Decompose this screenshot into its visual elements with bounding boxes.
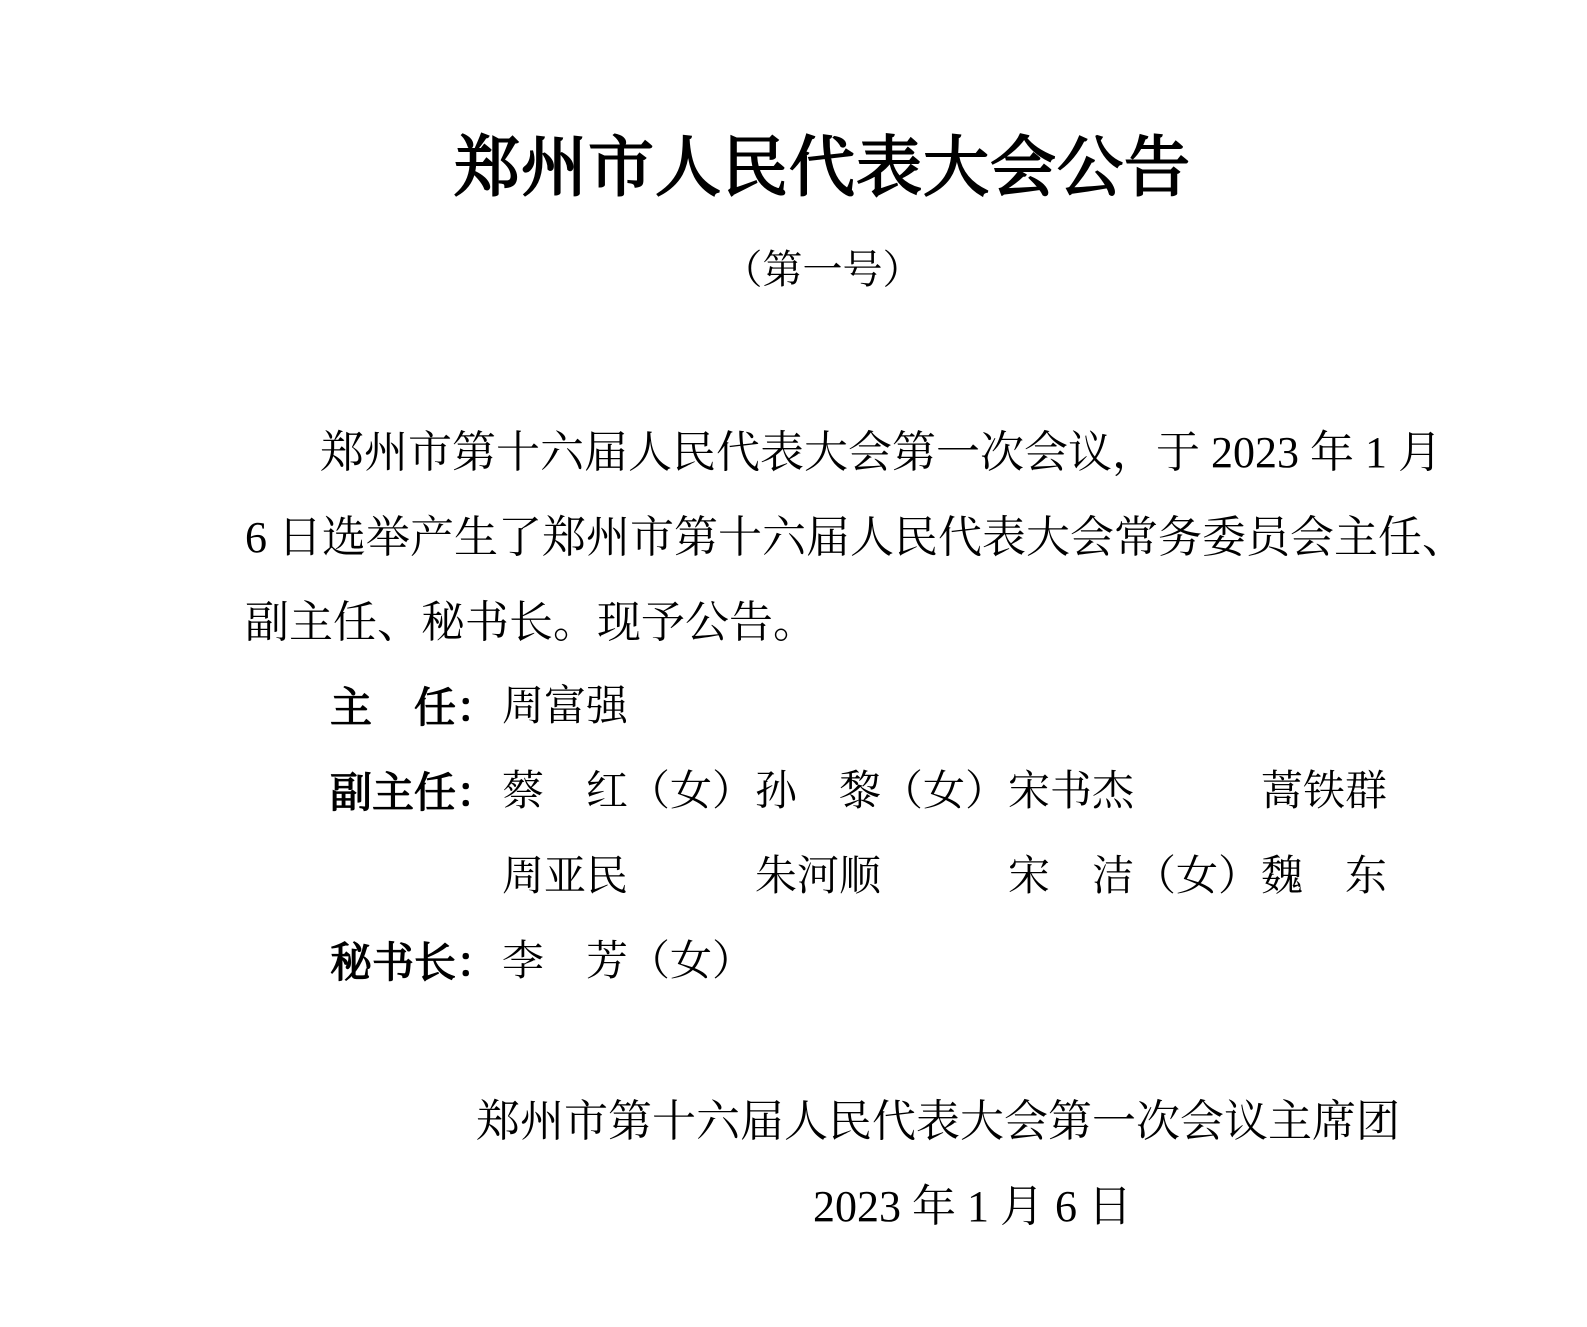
appointments-list: 主 任： 周富强 副主任： 蔡 红（女） 孙 黎（女） 宋书杰 蒿铁群 周亚民 … (245, 665, 1400, 1005)
paragraph-line-1: 郑州市第十六届人民代表大会第一次会议，于 2023 年 1 月 (245, 410, 1400, 495)
announcement-document: 郑州市人民代表大会公告 （第一号） 郑州市第十六届人民代表大会第一次会议，于 2… (0, 0, 1587, 1327)
page-title: 郑州市人民代表大会公告 (245, 0, 1400, 210)
name-cell: 周亚民 (502, 835, 755, 920)
name-cell (1261, 665, 1521, 750)
name-cell (755, 665, 1008, 750)
appointment-row-deputy-directors-cont: 周亚民 朱河顺 宋 洁（女） 魏 东 (245, 835, 1400, 920)
name-cell: 朱河顺 (755, 835, 1008, 920)
issue-number: （第一号） (245, 246, 1400, 294)
role-label-secretary-general: 秘书长： (330, 920, 502, 1005)
name-cell: 周富强 (502, 665, 755, 750)
paragraph-line-3: 副主任、秘书长。现予公告。 (245, 580, 1400, 665)
appointment-row-deputy-directors: 副主任： 蔡 红（女） 孙 黎（女） 宋书杰 蒿铁群 (245, 750, 1400, 835)
name-cell (755, 920, 1008, 1005)
name-cell (1008, 665, 1261, 750)
body-paragraph: 郑州市第十六届人民代表大会第一次会议，于 2023 年 1 月 6 日选举产生了… (245, 410, 1400, 665)
row-indent (245, 920, 330, 1005)
paragraph-line-2: 6 日选举产生了郑州市第十六届人民代表大会常务委员会主任、 (245, 495, 1400, 580)
role-label-empty (330, 835, 502, 920)
name-cell: 宋书杰 (1008, 750, 1261, 835)
role-label-deputy-director: 副主任： (330, 750, 502, 835)
name-cell: 魏 东 (1261, 835, 1521, 920)
row-indent (245, 750, 330, 835)
name-cell: 孙 黎（女） (755, 750, 1008, 835)
name-cell: 蔡 红（女） (502, 750, 755, 835)
row-indent (245, 665, 330, 750)
date-line: 2023 年 1 月 6 日 (245, 1164, 1400, 1249)
name-cell: 宋 洁（女） (1008, 835, 1261, 920)
row-indent (245, 835, 330, 920)
name-cell (1261, 920, 1521, 1005)
name-cell: 李 芳（女） (502, 920, 755, 1005)
name-cell (1008, 920, 1261, 1005)
name-cell: 蒿铁群 (1261, 750, 1521, 835)
appointment-row-secretary-general: 秘书长： 李 芳（女） (245, 920, 1400, 1005)
signature-line: 郑州市第十六届人民代表大会第一次会议主席团 (245, 1079, 1400, 1164)
role-label-director: 主 任： (330, 665, 502, 750)
appointment-row-director: 主 任： 周富强 (245, 665, 1400, 750)
